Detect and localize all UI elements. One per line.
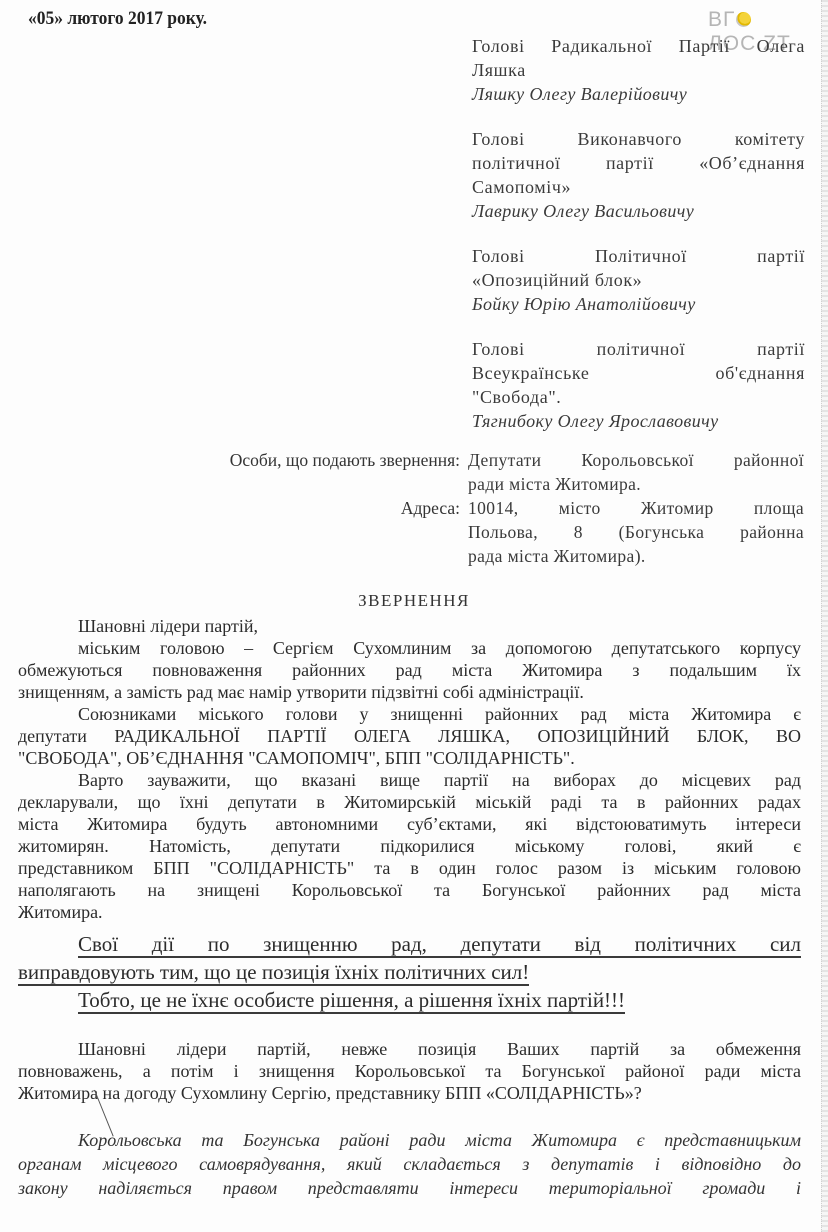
- text-line: "СВОБОДА", ОБ’ЄДНАННЯ "САМОПОМІЧ", БПП "…: [18, 747, 801, 769]
- scan-border: [821, 0, 828, 1232]
- addressee-name: Лаврику Олегу Васильовичу: [472, 199, 805, 223]
- paragraph-1: міським головою – Сергієм Сухомлиним за …: [18, 637, 801, 703]
- text-line: декларували, що їхні депутати в Житомирс…: [18, 791, 801, 813]
- speaker-dot-icon: [736, 12, 751, 27]
- text-line: Варто зауважити, що вказані вище партії …: [18, 769, 801, 791]
- text-line: Шановні лідери партій, невже позиція Ваш…: [18, 1038, 801, 1060]
- address-value: 10014, місто Житомир площа: [468, 496, 804, 520]
- addressee-svoboda: Голові політичної партії Всеукраїнське о…: [472, 337, 805, 433]
- text-line: обмежуються повноваження районних рад мі…: [18, 659, 801, 681]
- addressee-title-line: політичної партії «Об’єднання: [472, 151, 805, 175]
- address-label: Адреса:: [401, 496, 460, 520]
- text-line: представником БПП "СОЛІДАРНІСТЬ" та в од…: [18, 857, 801, 879]
- senders-value: Депутати Корольовської районної: [468, 448, 804, 472]
- text-line: повноважень, а потім і знищення Корольов…: [18, 1060, 801, 1082]
- senders-value: ради міста Житомира.: [468, 472, 804, 496]
- addressee-title-line: Голові Виконавчого комітету: [472, 127, 805, 151]
- text-line: органам місцевого самоврядування, який с…: [18, 1152, 801, 1176]
- document-body: Шановні лідери партій, міським головою –…: [18, 615, 801, 1200]
- italic-paragraph: Корольовська та Богунська районі ради мі…: [18, 1128, 801, 1200]
- text-line: депутати РАДИКАЛЬНОЇ ПАРТІЇ ОЛЕГА ЛЯШКА,…: [18, 725, 801, 747]
- text-line: Житомира на догоду Сухомлину Сергію, пре…: [18, 1082, 801, 1104]
- paragraph-3: Варто зауважити, що вказані вище партії …: [18, 769, 801, 923]
- addressee-title-line: Голові Політичної партії: [472, 244, 805, 268]
- addressee-title-line: Самопоміч»: [472, 175, 805, 199]
- underlined-line: Тобто, це не їхнє особисте рішення, а рі…: [78, 988, 625, 1014]
- addressee-title-line: «Опозиційний блок»: [472, 268, 805, 292]
- addressee-name: Бойку Юрію Анатолійовичу: [472, 292, 805, 316]
- addressee-samopomich: Голові Виконавчого комітету політичної п…: [472, 127, 805, 223]
- addressee-title-line: Голові політичної партії: [472, 337, 805, 361]
- paragraph-2: Союзниками міського голови у знищенні ра…: [18, 703, 801, 769]
- addressee-title-line: Ляшка: [472, 58, 805, 82]
- text-line: міським головою – Сергієм Сухомлиним за …: [18, 637, 801, 659]
- addressee-title-line: Голові Радикальної Партії Олега: [472, 34, 805, 58]
- greeting: Шановні лідери партій,: [18, 615, 801, 637]
- question-paragraph: Шановні лідери партій, невже позиція Ваш…: [18, 1038, 801, 1104]
- text-line: Корольовська та Богунська районі ради мі…: [18, 1128, 801, 1152]
- underlined-line: виправдовують тим, що це позиція їхніх п…: [18, 960, 529, 986]
- addressee-radical-party: Голові Радикальної Партії Олега Ляшка Ля…: [472, 34, 805, 106]
- logo-prefix: ВГ: [708, 8, 735, 31]
- text-line: міста Житомира будуть автономними суб’єк…: [18, 813, 801, 835]
- addressee-opposition-bloc: Голові Політичної партії «Опозиційний бл…: [472, 244, 805, 316]
- addressee-title-line: Всеукраїнське об'єднання: [472, 361, 805, 385]
- greeting-text: Шановні лідери партій,: [18, 615, 801, 637]
- text-line: Житомира.: [18, 901, 801, 923]
- underlined-emphasis: Свої дії по знищенню рад, депутати від п…: [18, 930, 801, 1014]
- addressee-name: Тягнибоку Олегу Ярославовичу: [472, 409, 805, 433]
- underlined-line: Свої дії по знищенню рад, депутати від п…: [78, 932, 801, 958]
- senders-label: Особи, що подають звернення:: [230, 448, 460, 472]
- document-date: «05» лютого 2017 року.: [28, 8, 207, 30]
- text-line: наполягають на знищені Корольовської та …: [18, 879, 801, 901]
- address-value: Польова, 8 (Богунська районна: [468, 520, 804, 544]
- addressee-title-line: "Свобода".: [472, 385, 805, 409]
- address-value: рада міста Житомира).: [468, 544, 804, 568]
- sender-info: Особи, що подають звернення: Депутати Ко…: [0, 448, 828, 568]
- addressee-list: Голові Радикальної Партії Олега Ляшка Ля…: [472, 34, 805, 454]
- text-line: Союзниками міського голови у знищенні ра…: [18, 703, 801, 725]
- text-line: знищенням, а замість рад має намір утвор…: [18, 681, 801, 703]
- document-title: ЗВЕРНЕННЯ: [0, 591, 828, 611]
- addressee-name: Ляшку Олегу Валерійовичу: [472, 82, 805, 106]
- text-line: закону наділяється правом представляти і…: [18, 1176, 801, 1200]
- text-line: житомирян. Натомість, депутати підкорили…: [18, 835, 801, 857]
